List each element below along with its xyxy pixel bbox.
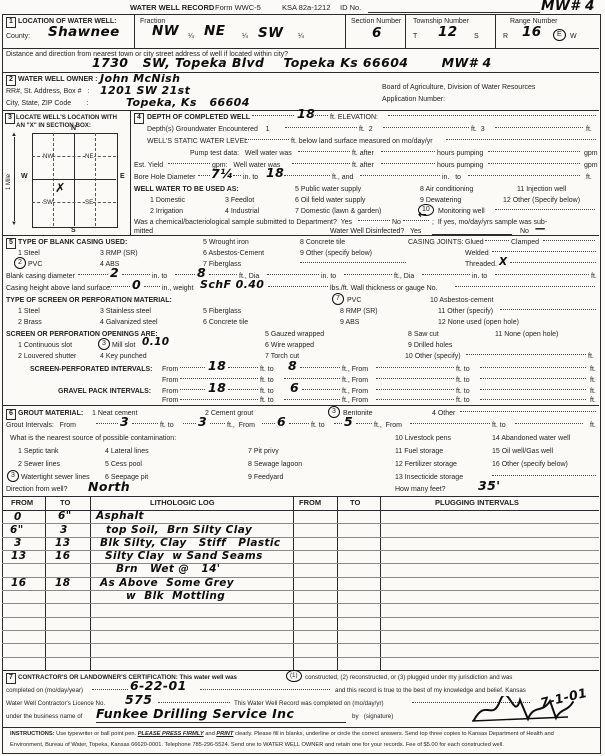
- mile-arrow-up: ▲: [11, 131, 17, 139]
- dots: [488, 155, 580, 164]
- dots: [180, 359, 205, 368]
- dots: [492, 243, 596, 252]
- contam-11: 11 Fuel storage: [395, 448, 443, 456]
- use-option-10: Monitoring well: [438, 208, 485, 216]
- dots: [500, 301, 596, 310]
- dots: [383, 119, 469, 128]
- litho-log: Blk Silty, Clay Stiff Plastic: [100, 538, 281, 548]
- feet-value: 35': [478, 480, 500, 492]
- section2-number: 2: [6, 75, 16, 86]
- rule-line: [2, 235, 599, 236]
- use-option-1: 1 Domestic: [150, 197, 185, 205]
- township-t: T: [413, 33, 417, 41]
- casing-joints-label: CASING JOINTS:: [408, 239, 464, 247]
- from-label: From: [162, 397, 178, 405]
- litho-log: Silty Clay w Sand Seams: [105, 551, 263, 561]
- screen-material-8: 8 RMP (SR): [340, 308, 378, 316]
- dots: [495, 266, 589, 275]
- dots: [209, 266, 237, 275]
- column-line: [495, 14, 496, 48]
- screen-material-2: 2 Brass: [18, 319, 42, 327]
- id-blank-line: [368, 12, 540, 13]
- contam-15: 15 Oil well/Gas well: [492, 448, 553, 456]
- table-header-to: TO: [60, 499, 70, 507]
- gpm-label: gpm: [584, 150, 598, 158]
- form-number: Form WWC-5: [215, 4, 261, 12]
- instructions-label: INSTRUCTIONS:: [10, 731, 56, 737]
- instructions-line1: INSTRUCTIONS: Use typewriter or ball poi…: [10, 731, 592, 738]
- dots: [302, 381, 340, 390]
- table-row-line: [2, 657, 599, 658]
- screen-intervals-label: SCREEN-PERFORATED INTERVALS:: [30, 366, 153, 374]
- litho-log: As Above Some Grey: [100, 578, 234, 588]
- screen-material-10: 10 Asbestos-cement: [430, 297, 493, 305]
- owner-label: WATER WELL OWNER :: [18, 76, 97, 84]
- signature-scribble: [468, 696, 578, 724]
- contam-13: 13 Insecticide storage: [395, 474, 463, 482]
- quarter-glyph: ¼: [242, 33, 248, 41]
- screen-material-11: 11 Other (specify): [438, 308, 493, 316]
- instructions-seg1: Use typewriter or ball point pen.: [56, 731, 138, 737]
- casing-title: TYPE OF BLANK CASING USED:: [18, 239, 127, 247]
- table-row-line: [2, 550, 599, 551]
- fraction-q3-value: SW: [258, 27, 283, 40]
- dots: [480, 370, 586, 379]
- screen-material-12: 12 None used (open hole): [438, 319, 519, 327]
- rule-line: [2, 670, 599, 671]
- dots: [183, 415, 196, 424]
- sample-no-label: No: [392, 219, 401, 227]
- opening-5: 5 Gauzed wrapped: [265, 331, 324, 339]
- dots: [122, 266, 150, 275]
- screen-material-7-circled: 7: [332, 293, 344, 305]
- litho-to: 18: [55, 578, 70, 588]
- screen-material-3: 3 Stainless steel: [100, 308, 151, 316]
- dots: [488, 143, 580, 152]
- business-name-label: under the business name of: [6, 713, 82, 721]
- press-firmly-text: PLEASE PRESS FIRMLY: [138, 731, 204, 737]
- dots: [284, 370, 340, 379]
- compass-e: E: [120, 173, 125, 181]
- dots: [376, 359, 454, 368]
- disinfected-label: Water Well Disinfected? Yes: [330, 228, 421, 236]
- dots: [376, 370, 454, 379]
- table-row-line: [2, 577, 599, 578]
- instructions-and: and: [204, 731, 217, 737]
- bore-depth-value: 18: [266, 167, 284, 179]
- statute-ref: KSA 82a-1212: [282, 4, 330, 12]
- opening-6: 6 Wire wrapped: [265, 342, 314, 350]
- ft-to-label: ft. to: [160, 422, 174, 430]
- dots: [376, 391, 454, 400]
- dots: [210, 415, 225, 424]
- range-value: 16: [522, 26, 542, 39]
- opening-3-circled: 3: [98, 338, 110, 350]
- use-option-5: 5 Public water supply: [295, 186, 361, 194]
- ft-to-label: ft. to: [492, 422, 506, 430]
- ft-label: ft.: [586, 174, 592, 182]
- screen-material-4: 4 Galvanized steel: [100, 319, 158, 327]
- depth-label: DEPTH OF COMPLETED WELL: [147, 114, 250, 122]
- use-option-8: 8 Air conditioning: [420, 186, 473, 194]
- dots: [356, 415, 372, 424]
- compass-w: W: [21, 173, 28, 181]
- dots: [108, 278, 130, 287]
- opening-11: 11 None (open hole): [495, 331, 558, 339]
- dots: [158, 694, 230, 703]
- dots: [252, 107, 294, 116]
- certification-mid: constructed, (2) reconstructed, or (3) p…: [305, 674, 512, 682]
- from-label: From: [162, 388, 178, 396]
- bore-hole-label: Bore Hole Diameter: [134, 174, 195, 182]
- table-row-line: [2, 617, 599, 618]
- mile-arrow-down: ▼: [11, 220, 17, 228]
- use-as-label: WELL WATER TO BE USED AS:: [134, 186, 239, 194]
- ft-from-label: ft., From: [342, 388, 368, 396]
- well-x-mark: ✗: [55, 182, 66, 194]
- litho-to: 6": [58, 511, 72, 521]
- table-row-line: [2, 523, 599, 524]
- in-to-label: in. to: [243, 174, 258, 182]
- dots: [388, 107, 596, 116]
- compass-n: N: [71, 125, 76, 133]
- business-name-value: Funkee Drilling Service Inc: [96, 708, 294, 720]
- grout-interval2-from: 6: [277, 416, 286, 428]
- dots: [334, 415, 342, 424]
- id-label: ID No.: [340, 4, 361, 12]
- dots: [78, 266, 108, 275]
- table-header-from2: FROM: [299, 499, 321, 507]
- owner-value: John McNish: [100, 73, 180, 84]
- dots: [228, 359, 258, 368]
- dots: [466, 346, 586, 355]
- litho-log: w Blk Mottling: [126, 591, 225, 601]
- dots: [495, 119, 583, 128]
- dots: [285, 119, 357, 128]
- joint-glued-label: Glued: [465, 239, 484, 247]
- sample-question: Was a chemical/bacteriological sample su…: [134, 219, 352, 227]
- contam-1: 1 Septic tank: [18, 448, 58, 456]
- county-label: County:: [6, 33, 30, 41]
- ft-to-label: ft. to: [260, 388, 274, 396]
- dots: [468, 167, 580, 176]
- weight-value: SchF 0.40: [200, 279, 264, 290]
- dots: [268, 278, 328, 287]
- dots: [485, 232, 509, 241]
- ft-to-label: ft. to: [456, 366, 470, 374]
- ft-from-label: ft., From: [342, 366, 368, 374]
- dots: [92, 681, 128, 690]
- range-w: W: [570, 33, 577, 41]
- township-value: 12: [438, 26, 458, 39]
- table-row-line: [2, 643, 599, 644]
- dots: [298, 143, 350, 152]
- from-label: From: [162, 377, 178, 385]
- id-value-handwritten: MW# 4: [541, 0, 595, 13]
- dots: [312, 107, 328, 116]
- dots: [480, 359, 586, 368]
- section3-title2: AN "X" IN SECTION BOX:: [16, 122, 91, 130]
- opening-1: 1 Continuous slot: [18, 342, 72, 350]
- litho-log: Asphalt: [96, 511, 144, 521]
- mile-scale-line: [14, 137, 15, 221]
- dots: [228, 381, 258, 390]
- range-east-circled: E: [553, 29, 566, 41]
- mile-label: 1 Mile: [6, 174, 12, 190]
- section3-number: 3: [5, 113, 15, 124]
- dots: [262, 415, 275, 424]
- casing-height-value: 0: [132, 279, 141, 291]
- section5-number: 5: [6, 238, 16, 249]
- section4-number: 4: [134, 113, 144, 124]
- openings-title: SCREEN OR PERFORATION OPENINGS ARE:: [6, 331, 158, 339]
- casing-height-label: Casing height above land surface.: [6, 285, 112, 293]
- grout-interval1-from: 3: [120, 416, 129, 428]
- ft-label: ft.: [590, 388, 596, 396]
- table-row-line: [2, 630, 599, 631]
- dots: [175, 266, 195, 275]
- section-box-diagram: [32, 133, 118, 228]
- ft-to-label: ft. to: [260, 397, 274, 405]
- dots: [480, 381, 586, 390]
- dots: [446, 131, 596, 140]
- water-well-record-form: WATER WELL RECORD Form WWC-5 KSA 82a-121…: [0, 0, 605, 756]
- distance-value: 1730 SW, Topeka Blvd Topeka Ks 66604 MW#…: [92, 57, 492, 69]
- casing-option-5: 5 Wrought iron: [203, 239, 249, 247]
- dots: [284, 391, 340, 400]
- dots: [492, 467, 596, 476]
- screen-material-title: TYPE OF SCREEN OR PERFORATION MATERIAL:: [6, 297, 172, 305]
- dots: [96, 415, 118, 424]
- grout-interval2-to: 5: [344, 416, 353, 428]
- fraction-q1-value: NW: [152, 25, 179, 38]
- print-text: PRINT: [216, 731, 233, 737]
- column-line: [134, 14, 135, 48]
- instructions-seg2: clearly. Please fill in blanks, underlin…: [233, 731, 553, 737]
- county-value: Shawnee: [48, 26, 120, 39]
- litho-to: 13: [55, 538, 70, 548]
- contam-2: 2 Sewer lines: [18, 461, 60, 469]
- litho-from: 3: [14, 538, 22, 548]
- ft-and-label: ft., and: [332, 174, 353, 182]
- dots: [358, 212, 390, 221]
- contam-3-circled: 3: [7, 470, 19, 482]
- grout-intervals-label: Grout Intervals: From: [6, 422, 76, 430]
- casing-option-3: 3 RMP (SR): [100, 250, 138, 258]
- opening-8: 8 Saw cut: [408, 331, 439, 339]
- gravel-intervals-label: GRAVEL PACK INTERVALS:: [58, 388, 151, 396]
- diagram-dashed-line: [95, 133, 96, 226]
- dots: [180, 391, 258, 400]
- quadrant-se: SE: [85, 199, 93, 207]
- quadrant-nw: NW: [43, 153, 53, 161]
- litho-log: top Soil, Brn Silty Clay: [106, 525, 252, 535]
- casing-option-2: PVC: [28, 261, 42, 269]
- dots: [200, 681, 330, 690]
- feet-label: How many feet?: [395, 486, 446, 494]
- direction-value: North: [88, 481, 130, 493]
- dots: [495, 201, 595, 210]
- est-yield-label: Est. Yield: [134, 162, 163, 170]
- groundwater-2: ft. 2: [359, 126, 373, 134]
- table-header-from: FROM: [11, 499, 33, 507]
- sample-arrow-mark: ←: [418, 210, 427, 220]
- bore-diameter-value: 7¼: [211, 168, 233, 180]
- address-value: 1201 SW 21st: [100, 85, 190, 96]
- litho-from: 6": [10, 525, 24, 535]
- instructions-line2: Environment, Bureau of Water, Topeka, Ka…: [10, 742, 504, 749]
- screen-material-1: 1 Steel: [18, 308, 40, 316]
- ft-to-label: ft. to: [456, 388, 470, 396]
- opening-9: 9 Drilled holes: [408, 342, 452, 350]
- hours-pumping-label: hours pumping: [437, 150, 483, 158]
- ft-from-label: ft., From: [227, 422, 255, 430]
- ft-to-label: ft. to: [260, 377, 274, 385]
- litho-log: Brn Wet @ 14': [116, 564, 220, 574]
- business-underline: [96, 722, 346, 723]
- use-option-2: 2 Irrigation: [150, 208, 183, 216]
- column-line: [405, 14, 406, 48]
- section1-number: 1: [6, 17, 16, 28]
- weight-label: in., weight: [162, 285, 194, 293]
- screen-material-7: PVC: [347, 297, 361, 305]
- quadrant-sw: SW: [43, 199, 53, 207]
- dots: [289, 415, 309, 424]
- table-header-line: [2, 510, 599, 511]
- use-option-11: 11 Injection well: [517, 186, 566, 194]
- contam-8: 8 Sewage lagoon: [248, 461, 302, 469]
- dots: [376, 381, 454, 390]
- application-number-label: Application Number:: [382, 96, 445, 104]
- weight-tail-label: lbs./ft. Wall thickness or gauge No.: [330, 285, 438, 293]
- ft-after-label: ft. after: [352, 150, 374, 158]
- dots: [460, 403, 596, 412]
- dots: [284, 167, 330, 176]
- opening-3-value: 0.10: [142, 337, 170, 347]
- diagram-center-horizontal: [32, 179, 116, 180]
- quadrant-ne: NE: [85, 153, 94, 161]
- joint-welded-label: Welded: [465, 250, 489, 258]
- contamination-question: What is the nearest source of possible c…: [10, 435, 176, 443]
- ft-from-label: ft., From: [342, 397, 368, 405]
- dots: [144, 278, 160, 287]
- dots: [515, 415, 583, 424]
- sample-tail: ; If yes, mo/day/yrs sample was sub-: [432, 219, 547, 227]
- city-value: Topeka, Ks 66604: [126, 97, 250, 108]
- rule-line: [2, 48, 599, 49]
- static-level-label: WELL'S STATIC WATER LEVEL: [147, 138, 248, 146]
- licence-label: Water Well Contractor's Licence No.: [6, 700, 105, 708]
- dots: [292, 155, 350, 164]
- litho-to: 16: [55, 551, 70, 561]
- city-label: City, State, ZIP Code :: [6, 100, 89, 108]
- disinfected-no-label: No: [520, 228, 529, 236]
- in-to-label: in. to: [442, 174, 461, 182]
- township-s: S: [474, 33, 479, 41]
- dots: [198, 167, 210, 176]
- column-line: [130, 110, 131, 235]
- column-line: [345, 14, 346, 48]
- ft-from-label: ft., From: [342, 377, 368, 385]
- fraction-q2-value: NE: [204, 25, 225, 38]
- by-signature-label: by (signature): [352, 713, 393, 721]
- rule-line: [2, 72, 599, 73]
- section-number-value: 6: [372, 27, 382, 40]
- dots: [455, 278, 595, 287]
- ft-to-label: ft. to: [260, 366, 274, 374]
- contam-4: 4 Lateral lines: [105, 448, 149, 456]
- dots: [132, 415, 158, 424]
- ft-dia-label: ft., Dia: [394, 273, 414, 281]
- dots: [410, 415, 490, 424]
- contam-12: 12 Fertilizer storage: [395, 461, 457, 469]
- compass-s: S: [71, 227, 76, 235]
- gpm-label: gpm: [584, 162, 598, 170]
- dots: [422, 266, 470, 275]
- dots: [180, 381, 205, 390]
- ft-to-label: ft. to: [456, 377, 470, 385]
- dots: [480, 391, 586, 400]
- ft-label: ft.: [588, 353, 594, 361]
- form-title: WATER WELL RECORD: [130, 4, 214, 12]
- dots: [233, 167, 241, 176]
- direction-label: Direction from well?: [6, 486, 67, 494]
- table-header-to2: TO: [350, 499, 360, 507]
- screen-material-9: 9 ABS: [340, 319, 359, 327]
- completed-on-label: completed on (mo/day/year): [6, 687, 83, 695]
- dots: [245, 131, 289, 140]
- use-option-3: 3 Feedlot: [225, 197, 254, 205]
- diagram-dashed-line: [53, 133, 54, 226]
- dots: [180, 370, 258, 379]
- table-row-line: [2, 590, 599, 591]
- casing-option-2-circled: 2: [14, 257, 26, 269]
- dots: [344, 266, 392, 275]
- grout-title: GROUT MATERIAL:: [18, 410, 83, 418]
- range-r: R: [503, 33, 508, 41]
- section7-number: 7: [6, 673, 16, 684]
- dots: [300, 359, 340, 368]
- litho-to: 3: [60, 525, 68, 535]
- from-label: From: [162, 366, 178, 374]
- licence-value: 575: [125, 694, 152, 706]
- contam-7: 7 Pit privy: [248, 448, 279, 456]
- screen-material-6: 6 Concrete tile: [203, 319, 248, 327]
- completed-date-value: 6-22-01: [130, 680, 187, 692]
- dots: [360, 167, 440, 176]
- rule-line: [2, 496, 599, 497]
- contam-14: 14 Abandoned water well: [492, 435, 570, 443]
- casing-diameter-label: Blank casing diameter: [6, 273, 75, 281]
- litho-from: 16: [11, 578, 26, 588]
- sample-mitted: mitted: [134, 228, 153, 236]
- casing-option-6: 6 Asbestos-Cement: [203, 250, 264, 258]
- address-label: RR#, St. Address, Box # :: [6, 88, 89, 96]
- ft-label: ft.: [590, 422, 596, 430]
- contam-9: 9 Feedyard: [248, 474, 283, 482]
- section6-number: 6: [6, 409, 16, 420]
- table-header-plugging: PLUGGING INTERVALS: [435, 499, 519, 507]
- ft-label: ft.: [590, 377, 596, 385]
- use-option-6: 6 Oil field water supply: [295, 197, 365, 205]
- dots: [300, 254, 406, 263]
- screen-material-5: 5 Fiberglass: [203, 308, 241, 316]
- litho-from: 0: [14, 512, 22, 522]
- table-row-line: [2, 537, 599, 538]
- dots: [543, 232, 595, 241]
- use-option-4: 4 Industrial: [225, 208, 259, 216]
- table-row-line: [2, 603, 599, 604]
